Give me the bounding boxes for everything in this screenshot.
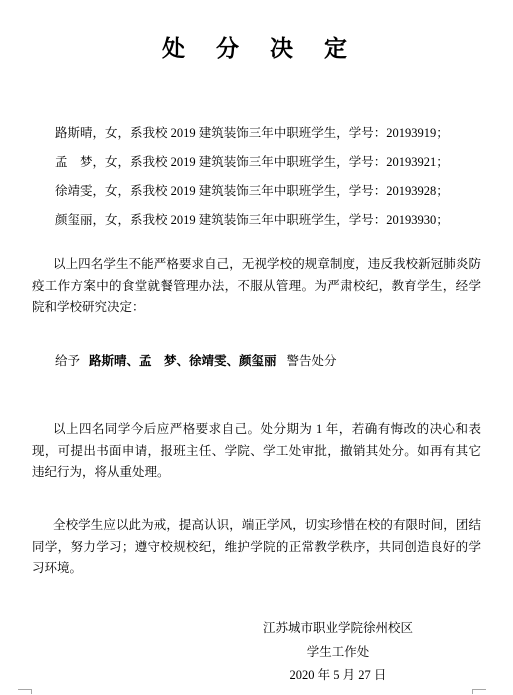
student-line: 路斯晴，女，系我校 2019 建筑装饰三年中职班学生，学号：20193919；: [55, 119, 481, 148]
student-line: 颜玺丽，女，系我校 2019 建筑装饰三年中职班学生，学号：20193930；: [55, 206, 481, 235]
decision-suffix: 警告处分: [287, 354, 337, 368]
student-line: 孟 梦，女，系我校 2019 建筑装饰三年中职班学生，学号：20193921；: [55, 148, 481, 177]
signature-dept: 学生工作处: [163, 641, 513, 665]
student-list: 路斯晴，女，系我校 2019 建筑装饰三年中职班学生，学号：20193919； …: [55, 119, 481, 235]
paragraph-probation: 以上四名同学今后应严格要求自己。处分期为 1 年，若确有悔改的决心和表现，可提出…: [32, 419, 481, 484]
document-page: 处 分 决 定 路斯晴，女，系我校 2019 建筑装饰三年中职班学生，学号：20…: [0, 0, 513, 695]
signature-org: 江苏城市职业学院徐州校区: [163, 617, 513, 641]
signature-block: 江苏城市职业学院徐州校区 学生工作处 2020 年 5 月 27 日: [163, 617, 513, 688]
signature-date: 2020 年 5 月 27 日: [163, 664, 513, 688]
text-boundary-mark-bottom-right: [472, 689, 486, 694]
paragraph-reason: 以上四名学生不能严格要求自己，无视学校的规章制度，违反我校新冠肺炎防疫工作方案中…: [32, 254, 481, 319]
decision-line: 给予路斯晴、孟 梦、徐靖雯、颜玺丽警告处分: [55, 352, 337, 370]
document-title: 处 分 决 定: [0, 30, 513, 63]
decision-names: 路斯晴、孟 梦、徐靖雯、颜玺丽: [89, 354, 277, 368]
paragraph-exhort: 全校学生应以此为戒，提高认识，端正学风，切实珍惜在校的有限时间，团结同学，努力学…: [32, 515, 481, 580]
decision-prefix: 给予: [55, 354, 80, 368]
student-line: 徐靖雯，女，系我校 2019 建筑装饰三年中职班学生，学号：20193928；: [55, 177, 481, 206]
text-boundary-mark-bottom-left: [18, 689, 32, 694]
